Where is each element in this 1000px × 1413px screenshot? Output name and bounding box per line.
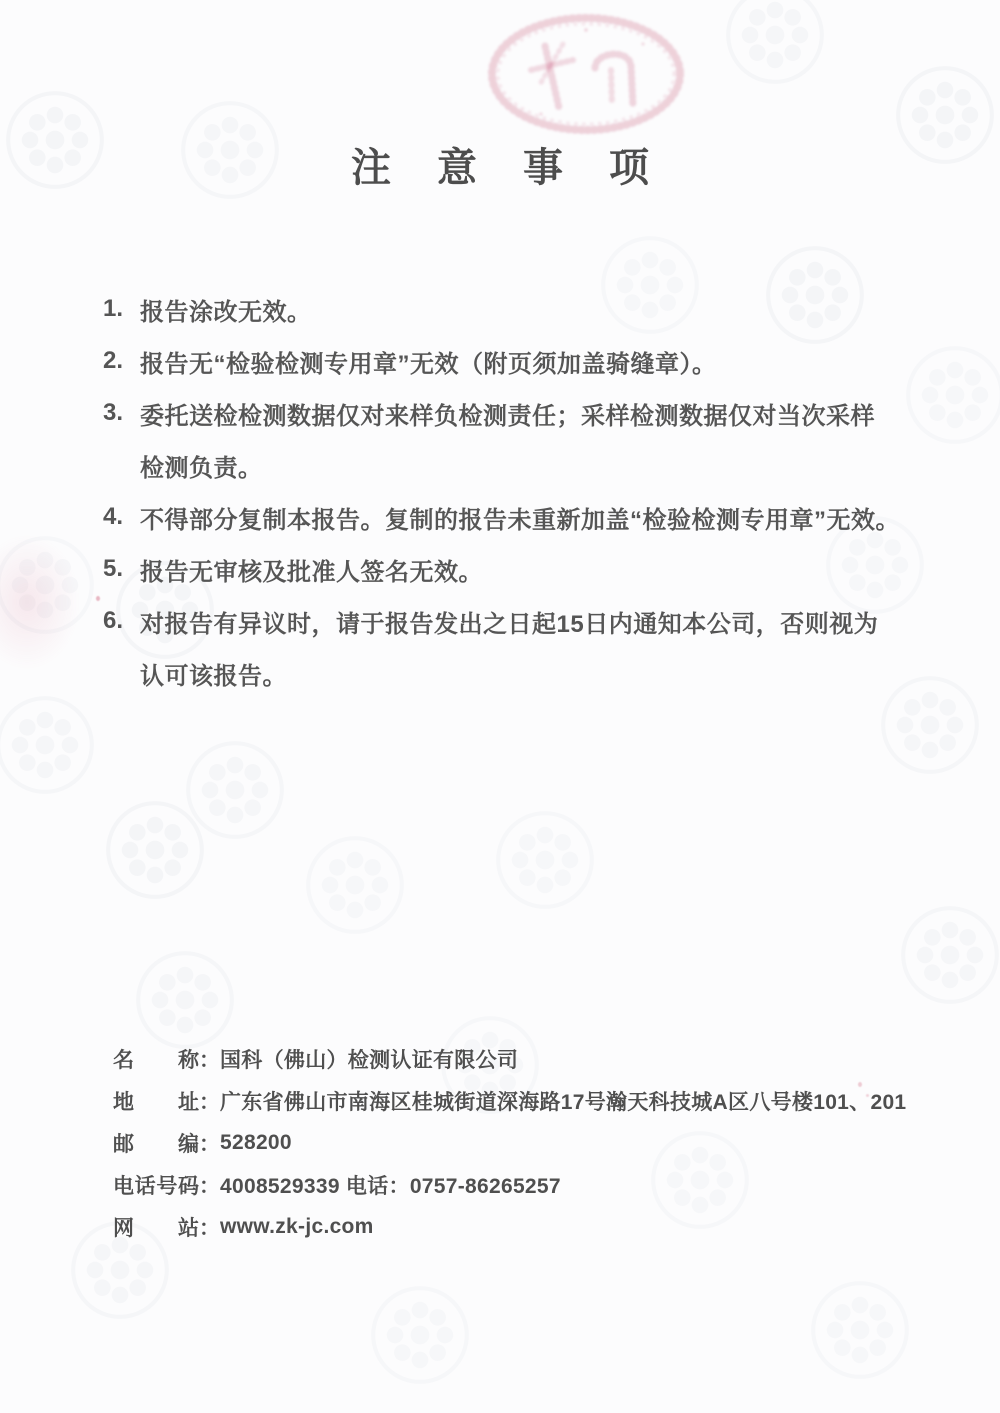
note-line: 3. 委托送检检测数据仅对来样负检测责任；采样检测数据仅对当次采样 <box>103 387 983 439</box>
info-label: 地址 <box>113 1086 199 1116</box>
company-info-row: 邮编 ： 528200 <box>113 1122 973 1164</box>
watermark-emblem-icon <box>303 833 407 942</box>
info-value: 528200 <box>220 1131 292 1155</box>
note-line: 1. 报告涂改无效。 <box>103 283 983 335</box>
note-text: 不得部分复制本报告。复制的报告未重新加盖“检验检测专用章”无效。 <box>140 500 900 535</box>
info-label: 电话号码 <box>113 1170 199 1200</box>
info-colon: ： <box>199 1212 220 1242</box>
info-value: www.zk-jc.com <box>220 1215 374 1239</box>
company-info: 名称 ： 国科（佛山）检测认证有限公司 地址 ： 广东省佛山市南海区桂城街道深海… <box>113 1038 973 1248</box>
watermark-emblem-icon <box>808 1278 912 1387</box>
note-text: 报告无审核及批准人签名无效。 <box>140 552 483 587</box>
info-value: 国科（佛山）检测认证有限公司 <box>220 1044 518 1074</box>
info-value: 广东省佛山市南海区桂城街道深海路17号瀚天科技城A区八号楼101、201 <box>220 1086 906 1116</box>
company-info-row: 名称 ： 国科（佛山）检测认证有限公司 <box>113 1038 973 1080</box>
note-line: 检测负责。 <box>103 439 983 491</box>
note-text: 检测负责。 <box>140 448 263 483</box>
note-number: 5. <box>103 555 140 583</box>
note-text: 报告涂改无效。 <box>140 292 312 327</box>
note-number: 6. <box>103 607 140 635</box>
page-title: 注意事项 <box>0 144 1000 192</box>
company-info-row: 电话号码 ： 4008529339 电话：0757-86265257 <box>113 1164 973 1206</box>
company-info-row: 地址 ： 广东省佛山市南海区桂城街道深海路17号瀚天科技城A区八号楼101、20… <box>113 1080 973 1122</box>
note-line: 4. 不得部分复制本报告。复制的报告未重新加盖“检验检测专用章”无效。 <box>103 491 983 543</box>
notes-list: 1. 报告涂改无效。 2. 报告无“检验检测专用章”无效（附页须加盖骑缝章）。 … <box>103 283 983 699</box>
watermark-emblem-icon <box>183 738 287 847</box>
watermark-emblem-icon <box>368 1283 472 1392</box>
note-text: 报告无“检验检测专用章”无效（附页须加盖骑缝章）。 <box>140 344 717 379</box>
watermark-emblem-icon <box>103 798 207 907</box>
info-value: 4008529339 电话：0757-86265257 <box>220 1170 561 1200</box>
watermark-emblem-icon <box>0 693 97 802</box>
info-label: 名称 <box>113 1044 199 1074</box>
red-smudge <box>0 532 82 672</box>
note-number: 1. <box>103 295 140 323</box>
red-stamp-icon <box>483 10 689 142</box>
info-label: 网站 <box>113 1212 199 1242</box>
note-line: 认可该报告。 <box>103 647 983 699</box>
watermark-emblem-icon <box>723 0 827 92</box>
note-text: 委托送检检测数据仅对来样负检测责任；采样检测数据仅对当次采样 <box>140 396 875 431</box>
company-info-row: 网站 ： www.zk-jc.com <box>113 1206 973 1248</box>
watermark-emblem-icon <box>898 903 1000 1012</box>
note-line: 5. 报告无审核及批准人签名无效。 <box>103 543 983 595</box>
info-colon: ： <box>199 1170 220 1200</box>
info-colon: ： <box>199 1128 220 1158</box>
watermark-emblem-icon <box>493 808 597 917</box>
info-colon: ： <box>199 1044 220 1074</box>
document-page: 注意事项 1. 报告涂改无效。 2. 报告无“检验检测专用章”无效（附页须加盖骑… <box>0 0 1000 1413</box>
note-text: 认可该报告。 <box>140 656 287 691</box>
note-text: 对报告有异议时，请于报告发出之日起15日内通知本公司，否则视为 <box>140 604 878 639</box>
note-line: 6. 对报告有异议时，请于报告发出之日起15日内通知本公司，否则视为 <box>103 595 983 647</box>
note-number: 3. <box>103 399 140 427</box>
info-colon: ： <box>199 1086 220 1116</box>
info-label: 邮编 <box>113 1128 199 1158</box>
note-number: 4. <box>103 503 140 531</box>
note-line: 2. 报告无“检验检测专用章”无效（附页须加盖骑缝章）。 <box>103 335 983 387</box>
red-speck <box>96 596 100 601</box>
note-number: 2. <box>103 347 140 375</box>
